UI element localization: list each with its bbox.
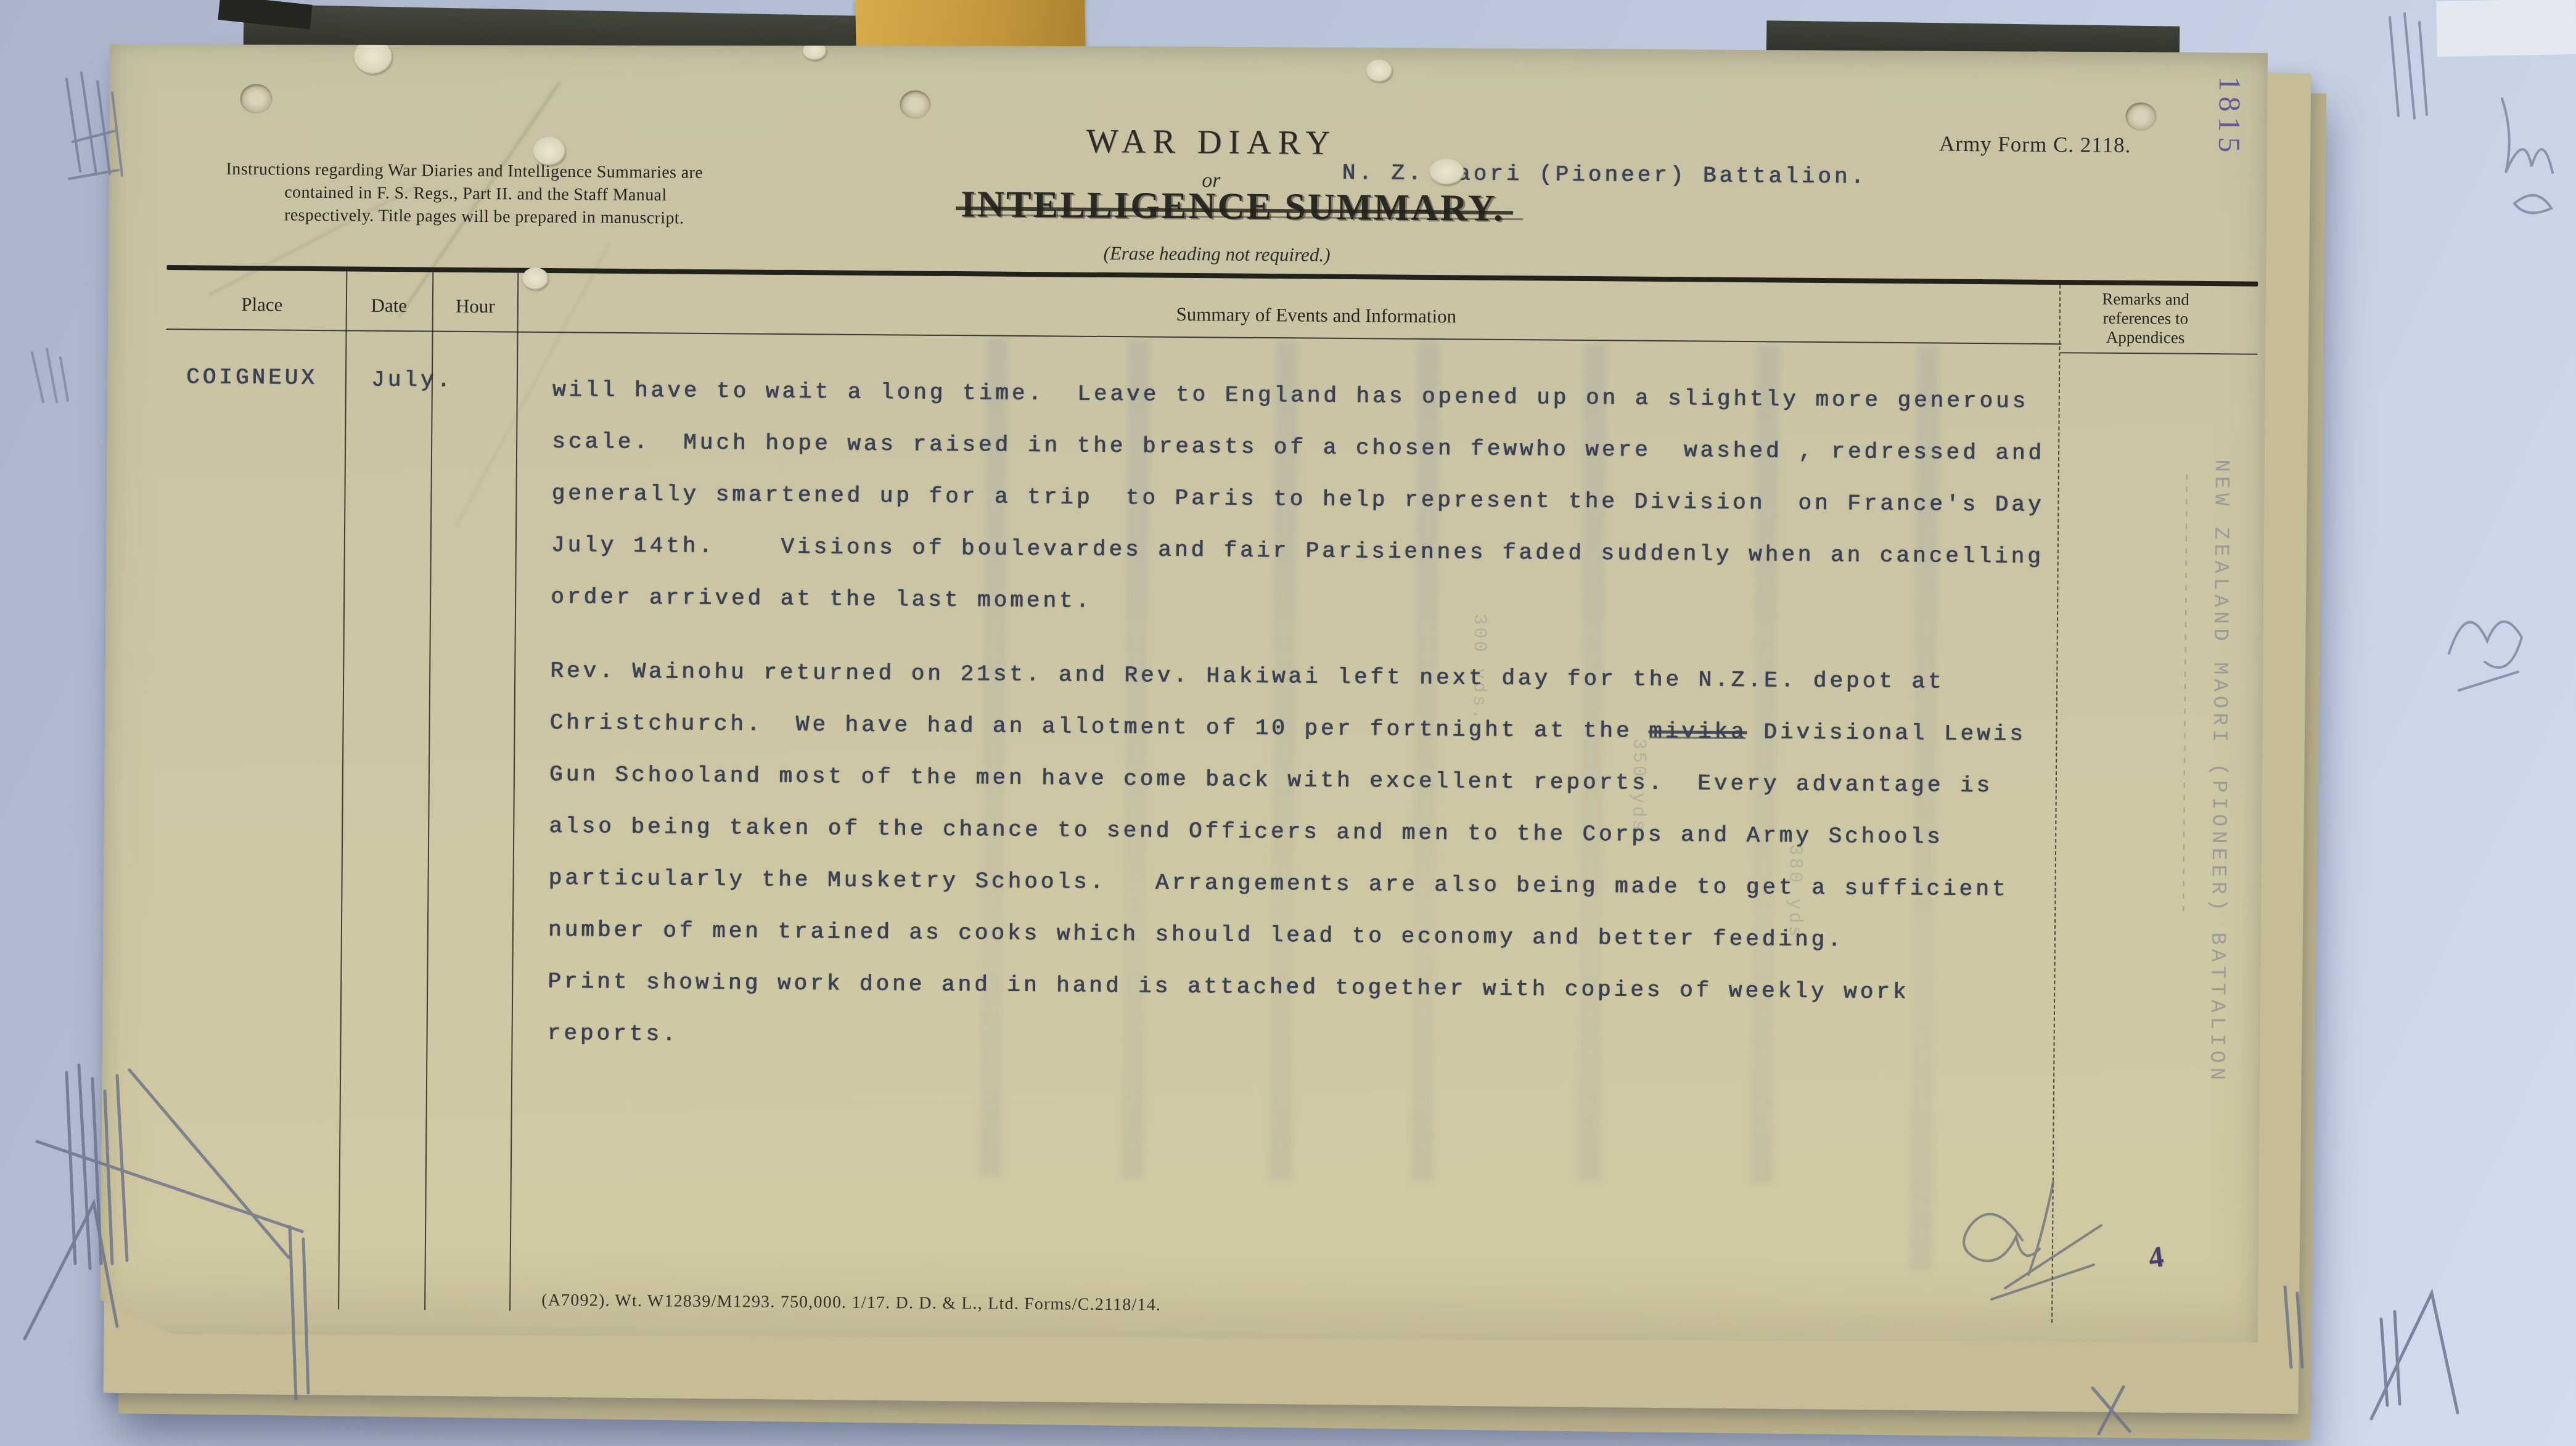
- punch-hole: [900, 90, 930, 118]
- white-sheet-corner: [2436, 0, 2576, 57]
- punch-hole: [240, 84, 272, 113]
- form-subtitle-struck: INTELLIGENCE SUMMARY.: [961, 183, 1505, 231]
- unit-name-typed: N. Z. Maori (Pioneer) Battalion.: [1342, 160, 1867, 190]
- archive-number-stamp: 1815: [2212, 76, 2248, 157]
- diary-line: reports.: [547, 1021, 2040, 1084]
- table-header-rule: [166, 329, 2062, 345]
- paper-damage-spot: [1429, 158, 1464, 184]
- column-header-summary: Summary of Events and Information: [576, 298, 2056, 332]
- form-instructions: Instructions regarding War Diaries and I…: [226, 158, 710, 230]
- paper-damage-spot: [1366, 59, 1392, 81]
- column-header-place: Place: [173, 293, 351, 316]
- diary-form-page: NEW ZEALAND MAORI (PIONEER) BATTALION --…: [100, 36, 2268, 1350]
- column-divider-hour-summary: [509, 272, 519, 1310]
- table-top-rule: [166, 265, 2258, 287]
- column-divider-summary-remarks: [2051, 285, 2061, 1323]
- struck-out-word: mivika: [1649, 719, 1747, 745]
- diary-line: order arrived at the last moment.: [551, 584, 2044, 648]
- column-header-date: Date: [346, 294, 432, 317]
- entry-date: July.: [371, 367, 453, 393]
- pencil-marks-left: [32, 349, 68, 402]
- column-header-remarks: Remarks and references to Appendices: [2074, 289, 2217, 348]
- form-title: WAR DIARY: [965, 120, 1458, 163]
- erase-heading-note: (Erase heading not required.): [1081, 242, 1352, 266]
- punch-hole: [2125, 102, 2156, 131]
- page-number-annotation: 4: [2146, 1240, 2165, 1275]
- column-header-hour: Hour: [432, 295, 519, 317]
- column-divider-place-date: [338, 271, 347, 1309]
- printer-imprint: (A7092). Wt. W12839/M1293. 750,000. 1/17…: [541, 1291, 1161, 1315]
- paper-damage-spot: [522, 268, 548, 290]
- column-divider-date-hour: [424, 272, 433, 1310]
- entry-place: COIGNEUX: [186, 364, 318, 391]
- diary-lines: will have to wait a long time. Leave to …: [547, 377, 2045, 1084]
- pencil-marks-right-middle: [2449, 621, 2522, 690]
- bleed-through-unit-text: NEW ZEALAND MAORI (PIONEER) BATTALION: [2204, 459, 2233, 1084]
- scanned-war-diary-page: NEW ZEALAND MAORI (PIONEER) BATTALION --…: [0, 0, 2576, 1446]
- bleed-through-underline: ------------------------------------: [2172, 472, 2197, 915]
- paper-damage-spot: [533, 137, 565, 165]
- army-form-number: Army Form C. 2118.: [1939, 132, 2131, 158]
- remarks-header-rule: [2060, 352, 2257, 355]
